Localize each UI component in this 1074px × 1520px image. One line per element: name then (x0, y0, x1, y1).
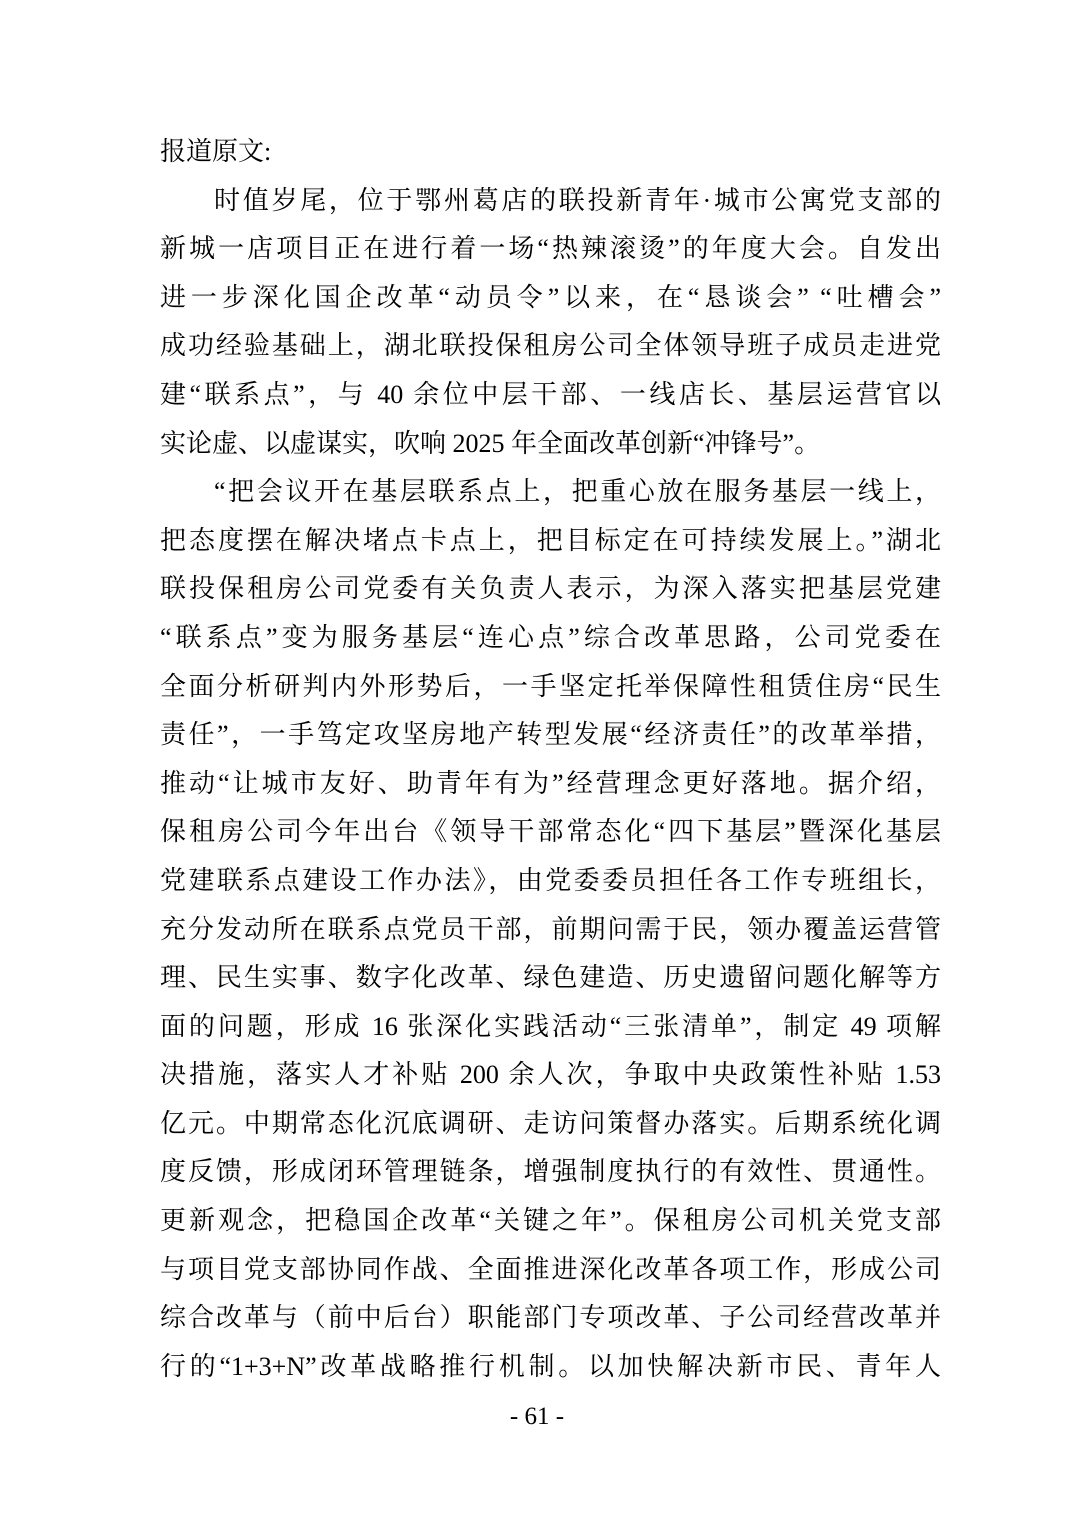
document-text-line: “把会议开在基层联系点上，把重心放在服务基层一线上， (160, 468, 941, 517)
page-footer: - 61 - (0, 1402, 1074, 1432)
document-text-line: 实论虚、以虚谋实，吹响 2025 年全面改革创新“冲锋号”。 (160, 420, 941, 469)
document-heading: 报道原文: (160, 128, 941, 177)
document-text-line: 充分发动所在联系点党员干部，前期问需于民，领办覆盖运营管 (160, 906, 941, 955)
document-text-line: 时值岁尾，位于鄂州葛店的联投新青年·城市公寓党支部的 (160, 177, 941, 226)
document-text-line: 保租房公司今年出台《领导干部常态化“四下基层”暨深化基层 (160, 808, 941, 857)
document-text-line: 更新观念，把稳国企改革“关键之年”。保租房公司机关党支部 (160, 1197, 941, 1246)
document-text-line: 亿元。中期常态化沉底调研、走访问策督办落实。后期系统化调 (160, 1100, 941, 1149)
document-text-line: 进一步深化国企改革“动员令”以来，在“恳谈会” “吐槽会” (160, 274, 941, 323)
document-text-line: “联系点”变为服务基层“连心点”综合改革思路，公司党委在 (160, 614, 941, 663)
document-text-line: 成功经验基础上，湖北联投保租房公司全体领导班子成员走进党 (160, 322, 941, 371)
document-text-line: 把态度摆在解决堵点卡点上，把目标定在可持续发展上。”湖北 (160, 517, 941, 566)
document-text-line: 责任”，一手笃定攻坚房地产转型发展“经济责任”的改革举措， (160, 711, 941, 760)
document-text-line: 行的“1+3+N”改革战略推行机制。以加快解决新市民、青年人 (160, 1343, 941, 1392)
document-text-line: 面的问题，形成 16 张深化实践活动“三张清单”，制定 49 项解 (160, 1003, 941, 1052)
document-text-line: 推动“让城市友好、助青年有为”经营理念更好落地。据介绍， (160, 760, 941, 809)
paragraphs-container: 时值岁尾，位于鄂州葛店的联投新青年·城市公寓党支部的新城一店项目正在进行着一场“… (160, 177, 941, 1392)
document-text-line: 综合改革与（前中后台）职能部门专项改革、子公司经营改革并 (160, 1294, 941, 1343)
document-text-line: 党建联系点建设工作办法》，由党委委员担任各工作专班组长， (160, 857, 941, 906)
document-text-line: 全面分析研判内外形势后，一手坚定托举保障性租赁住房“民生 (160, 663, 941, 712)
document-text-line: 与项目党支部协同作战、全面推进深化改革各项工作，形成公司 (160, 1246, 941, 1295)
page-number: - 61 - (510, 1403, 564, 1430)
document-text-line: 度反馈，形成闭环管理链条，增强制度执行的有效性、贯通性。 (160, 1148, 941, 1197)
document-text-line: 决措施，落实人才补贴 200 余人次，争取中央政策性补贴 1.53 (160, 1051, 941, 1100)
document-text-line: 联投保租房公司党委有关负责人表示，为深入落实把基层党建 (160, 565, 941, 614)
document-page: 报道原文: 时值岁尾，位于鄂州葛店的联投新青年·城市公寓党支部的新城一店项目正在… (0, 0, 1074, 1520)
document-text-line: 建“联系点”，与 40 余位中层干部、一线店长、基层运营官以 (160, 371, 941, 420)
document-text-line: 理、民生实事、数字化改革、绿色建造、历史遗留问题化解等方 (160, 954, 941, 1003)
document-text-line: 新城一店项目正在进行着一场“热辣滚烫”的年度大会。自发出 (160, 225, 941, 274)
document-body: 报道原文: 时值岁尾，位于鄂州葛店的联投新青年·城市公寓党支部的新城一店项目正在… (160, 128, 941, 1391)
